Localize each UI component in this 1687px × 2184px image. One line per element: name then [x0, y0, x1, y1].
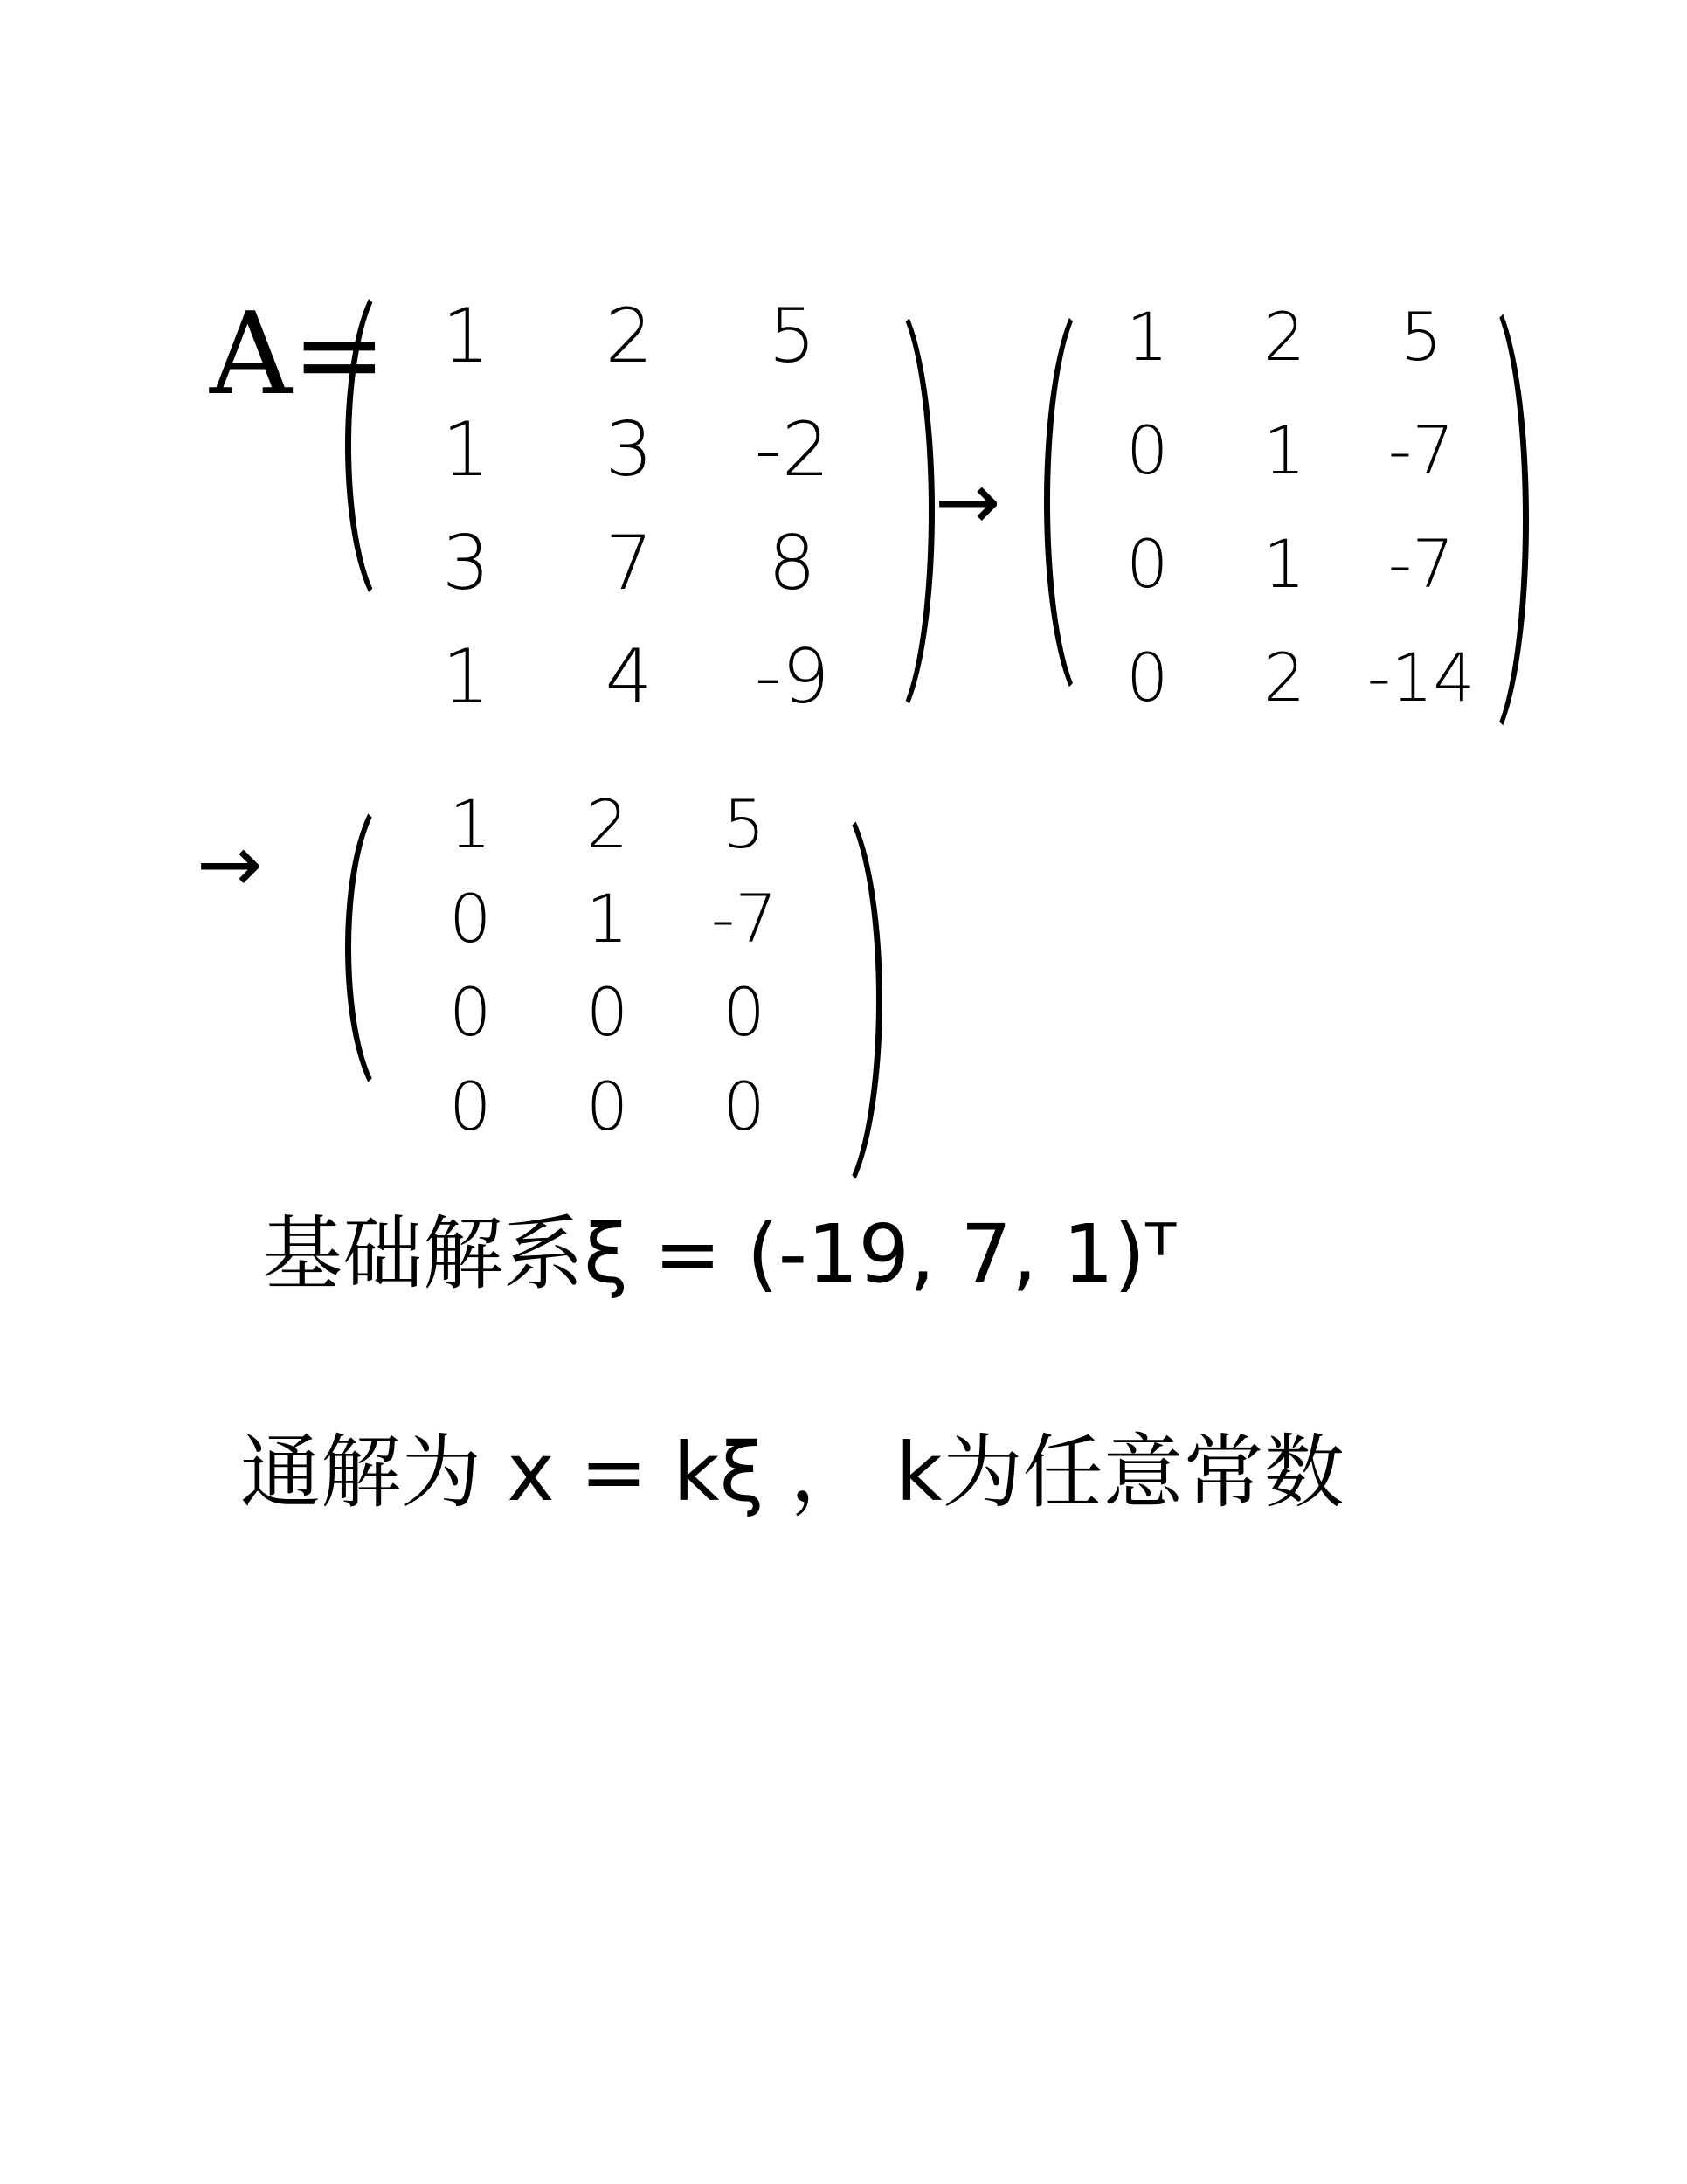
matrix-a-r2c0: 3 — [442, 520, 490, 607]
matrix-step3-r3c0: 0 — [449, 1068, 491, 1145]
matrix-step3-r1c2: -7 — [711, 880, 778, 957]
matrix-step2-r0c1: 2 — [1263, 298, 1305, 376]
matrix-step2: 1 2 5 0 1 -7 0 1 -7 0 2 -14 — [1079, 280, 1490, 734]
matrix-step2-r3c1: 2 — [1263, 639, 1305, 716]
matrix-a-r0c1: 2 — [605, 293, 653, 380]
matrix-step3-r2c2: 0 — [723, 973, 764, 1051]
row-reduce-arrow-2: → — [197, 826, 262, 904]
matrix-a-right-paren — [839, 293, 935, 729]
matrix-step3-r1c0: 0 — [449, 880, 491, 957]
matrix-step3-r1c1: 1 — [586, 880, 628, 957]
matrix-a-r3c1: 4 — [605, 633, 653, 721]
matrix-a-r3c2: -9 — [755, 633, 830, 721]
matrix-step3-r2c1: 0 — [586, 973, 628, 1051]
matrix-a-r1c0: 1 — [442, 406, 490, 494]
matrix-step3-r2c0: 0 — [449, 973, 491, 1051]
matrix-a-r1c2: -2 — [755, 406, 830, 494]
matrix-a-r2c2: 8 — [768, 520, 816, 607]
matrix-step2-r0c0: 1 — [1126, 298, 1168, 376]
matrix-step2-r3c0: 0 — [1126, 639, 1168, 716]
matrix-step2-r1c0: 0 — [1126, 411, 1168, 489]
matrix-step2-r1c1: 1 — [1263, 411, 1305, 489]
matrix-step2-r0c2: 5 — [1400, 298, 1442, 376]
matrix-a-r0c0: 1 — [442, 293, 490, 380]
matrix-a-r0c2: 5 — [768, 293, 816, 380]
matrix-step3-right-paren — [778, 795, 882, 1206]
matrix-step2-r2c0: 0 — [1126, 525, 1168, 603]
matrix-step3-r0c0: 1 — [449, 785, 491, 863]
row-reduce-arrow-1: → — [935, 463, 1000, 542]
matrix-step3-r0c1: 2 — [586, 785, 628, 863]
matrix-step3: 1 2 5 0 1 -7 0 0 0 0 0 0 — [402, 778, 812, 1153]
matrix-a-r2c1: 7 — [605, 520, 653, 607]
matrix-a-r1c1: 3 — [605, 406, 653, 494]
matrix-step3-r3c2: 0 — [723, 1068, 764, 1145]
general-solution-text: 通解为 x = kξ ， k为任意常数 — [240, 1433, 1345, 1513]
matrix-step3-r0c2: 5 — [723, 785, 764, 863]
basic-solution-text: 基础解系ξ = (-19, 7, 1)ᵀ — [262, 1214, 1176, 1295]
matrix-a: 1 2 5 1 3 -2 3 7 8 1 4 -9 — [384, 280, 874, 734]
matrix-step2-r2c1: 1 — [1263, 525, 1305, 603]
matrix-step3-r3c1: 0 — [586, 1068, 628, 1145]
matrix-step2-right-paren — [1433, 288, 1529, 751]
matrix-a-r3c0: 1 — [442, 633, 490, 721]
